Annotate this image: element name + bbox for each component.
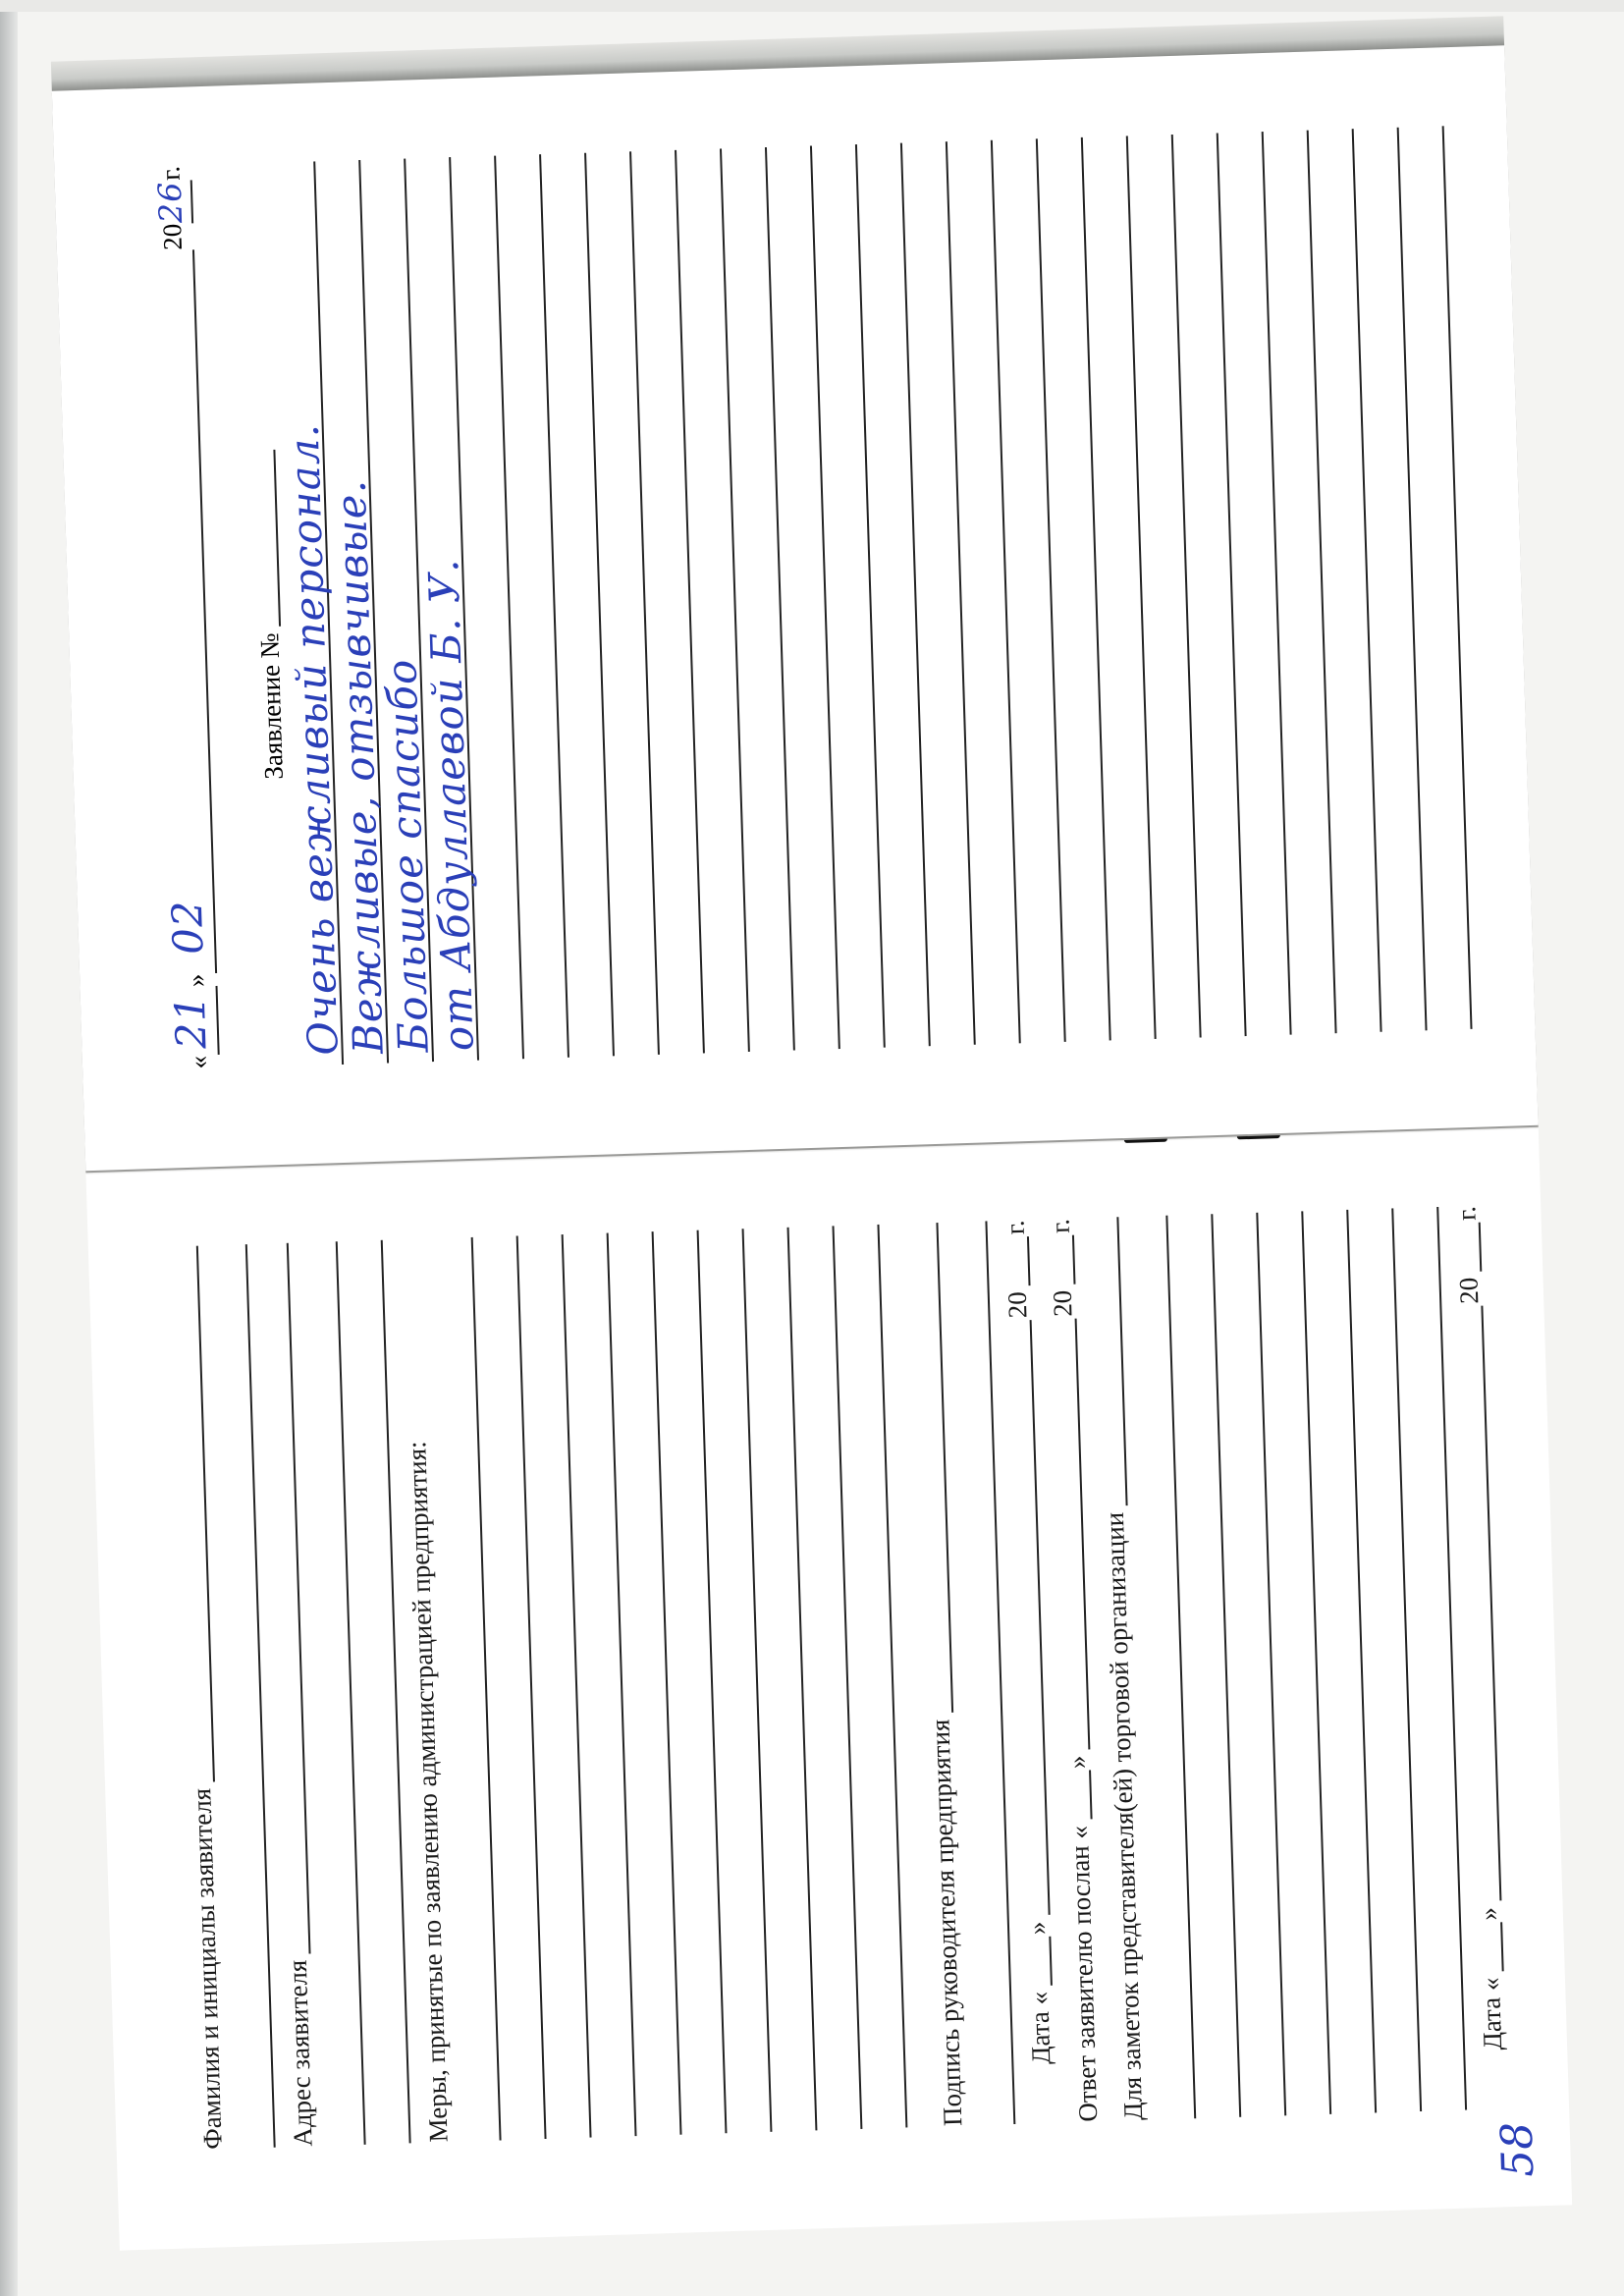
left-page: Фамилия и инициалы заявителя Адрес заяви… [85, 1125, 1572, 2251]
date-year[interactable]: 26 [151, 180, 193, 224]
date-label: Дата « [1026, 1992, 1058, 2065]
book-spread: Фамилия и инициалы заявителя Адрес заяви… [52, 45, 1572, 2250]
scanner-edge-top [0, 0, 1624, 12]
statement-title-text: Заявление № [254, 632, 290, 780]
right-page: « 21 » 02 20 26 г. Заявление № Очень веж… [52, 45, 1539, 1171]
date-day-blank[interactable] [1048, 1937, 1053, 1986]
scanner-edge [0, 0, 18, 2296]
page-number: 58 [1492, 2121, 1544, 2178]
final-date-label: Дата « [1478, 1977, 1510, 2050]
date-year-blank[interactable] [1026, 1236, 1031, 1285]
applicant-address-label: Адрес заявителя [285, 1959, 321, 2147]
date-day[interactable]: 21 [166, 986, 220, 1057]
